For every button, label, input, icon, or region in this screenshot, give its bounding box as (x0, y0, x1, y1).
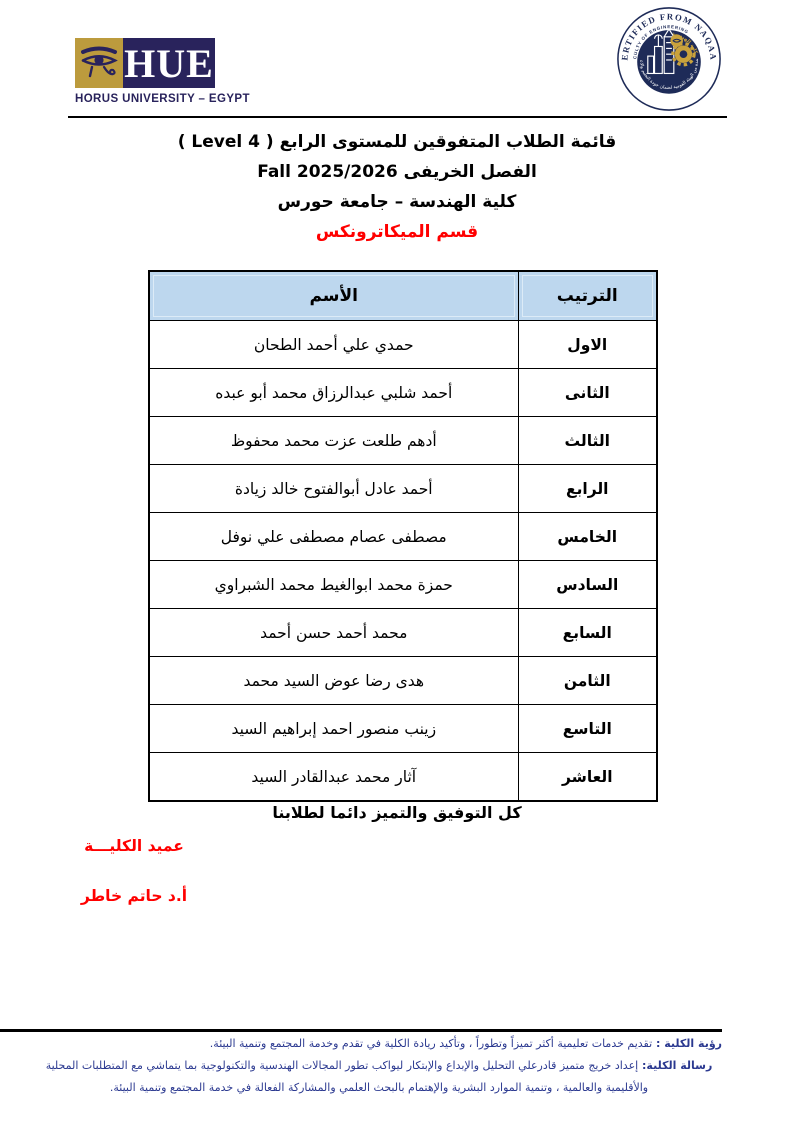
name-cell: زينب منصور احمد إبراهيم السيد (149, 705, 518, 753)
table-row: الثامن هدى رضا عوض السيد محمد (149, 657, 657, 705)
rank-cell: السابع (518, 609, 657, 657)
footer-divider (0, 1029, 722, 1032)
name-cell: أحمد عادل أبوالفتوح خالد زيادة (149, 465, 518, 513)
table-row: الاول حمدي علي أحمد الطحان (149, 321, 657, 369)
rank-cell: الثامن (518, 657, 657, 705)
table-row: العاشر آثار محمد عبدالقادر السيد (149, 753, 657, 802)
closing-message: كل التوفيق والتميز دائما لطلابنا (0, 803, 794, 822)
table-row: الخامس مصطفى عصام مصطفى علي نوفل (149, 513, 657, 561)
name-header: الأسم (149, 271, 518, 321)
footer-line: رسالة الكلية: إعداد خريج متميز قادرعلي ا… (36, 1055, 722, 1099)
naqaae-seal: CERTIFIED FROM NAQAAE FACULTY OF ENGINEE… (616, 6, 722, 112)
title-semester: الفصل الخريفى ‪Fall 2025/2026‬ (0, 157, 794, 187)
hue-acronym: HUE (123, 38, 215, 88)
name-cell: أدهم طلعت عزت محمد محفوظ (149, 417, 518, 465)
rankings-table: الترتيب الأسم الاول حمدي علي أحمد الطحان… (148, 270, 658, 802)
name-cell: مصطفى عصام مصطفى علي نوفل (149, 513, 518, 561)
rank-cell: التاسع (518, 705, 657, 753)
dean-name: أ.د حاتم خاطر (74, 886, 194, 906)
name-cell: أحمد شلبي عبدالرزاق محمد أبو عبده (149, 369, 518, 417)
rankings-body: الاول حمدي علي أحمد الطحان الثانى أحمد ش… (149, 321, 657, 802)
title-list: قائمة الطلاب المتفوقين للمستوى الرابع ‪(… (0, 127, 794, 157)
table-header-row: الترتيب الأسم (149, 271, 657, 321)
rank-header: الترتيب (518, 271, 657, 321)
document-page: HUE HORUS UNIVERSITY – EGYPT CERTIFIED F… (0, 0, 794, 1123)
rank-cell: الثالث (518, 417, 657, 465)
rank-cell: السادس (518, 561, 657, 609)
name-cell: حمدي علي أحمد الطحان (149, 321, 518, 369)
name-cell: حمزة محمد ابوالغيط محمد الشبراوي (149, 561, 518, 609)
table-row: السادس حمزة محمد ابوالغيط محمد الشبراوي (149, 561, 657, 609)
university-name: HORUS UNIVERSITY – EGYPT (75, 93, 225, 105)
title-department: قسم الميكاترونكس (0, 217, 794, 247)
eye-of-horus-icon (75, 38, 123, 88)
rank-cell: الخامس (518, 513, 657, 561)
dean-signature: عميد الكليـــة أ.د حاتم خاطر (74, 836, 194, 906)
title-faculty: كلية الهندسة – جامعة حورس (0, 187, 794, 217)
name-cell: آثار محمد عبدالقادر السيد (149, 753, 518, 802)
name-cell: هدى رضا عوض السيد محمد (149, 657, 518, 705)
header-divider (68, 116, 727, 118)
table-row: الثالث أدهم طلعت عزت محمد محفوظ (149, 417, 657, 465)
table-row: التاسع زينب منصور احمد إبراهيم السيد (149, 705, 657, 753)
dean-title: عميد الكليـــة (74, 836, 194, 856)
rank-cell: الثانى (518, 369, 657, 417)
table-row: السابع محمد أحمد حسن أحمد (149, 609, 657, 657)
table-row: الرابع أحمد عادل أبوالفتوح خالد زيادة (149, 465, 657, 513)
rank-cell: الاول (518, 321, 657, 369)
footer-text: رؤية الكلية : تقديم خدمات تعليمية أكثر ت… (36, 1033, 722, 1099)
name-cell: محمد أحمد حسن أحمد (149, 609, 518, 657)
rank-cell: العاشر (518, 753, 657, 802)
footer-line: رؤية الكلية : تقديم خدمات تعليمية أكثر ت… (36, 1033, 722, 1055)
table-row: الثانى أحمد شلبي عبدالرزاق محمد أبو عبده (149, 369, 657, 417)
hue-logo: HUE HORUS UNIVERSITY – EGYPT (75, 38, 225, 105)
document-titles: قائمة الطلاب المتفوقين للمستوى الرابع ‪(… (0, 127, 794, 247)
rank-cell: الرابع (518, 465, 657, 513)
